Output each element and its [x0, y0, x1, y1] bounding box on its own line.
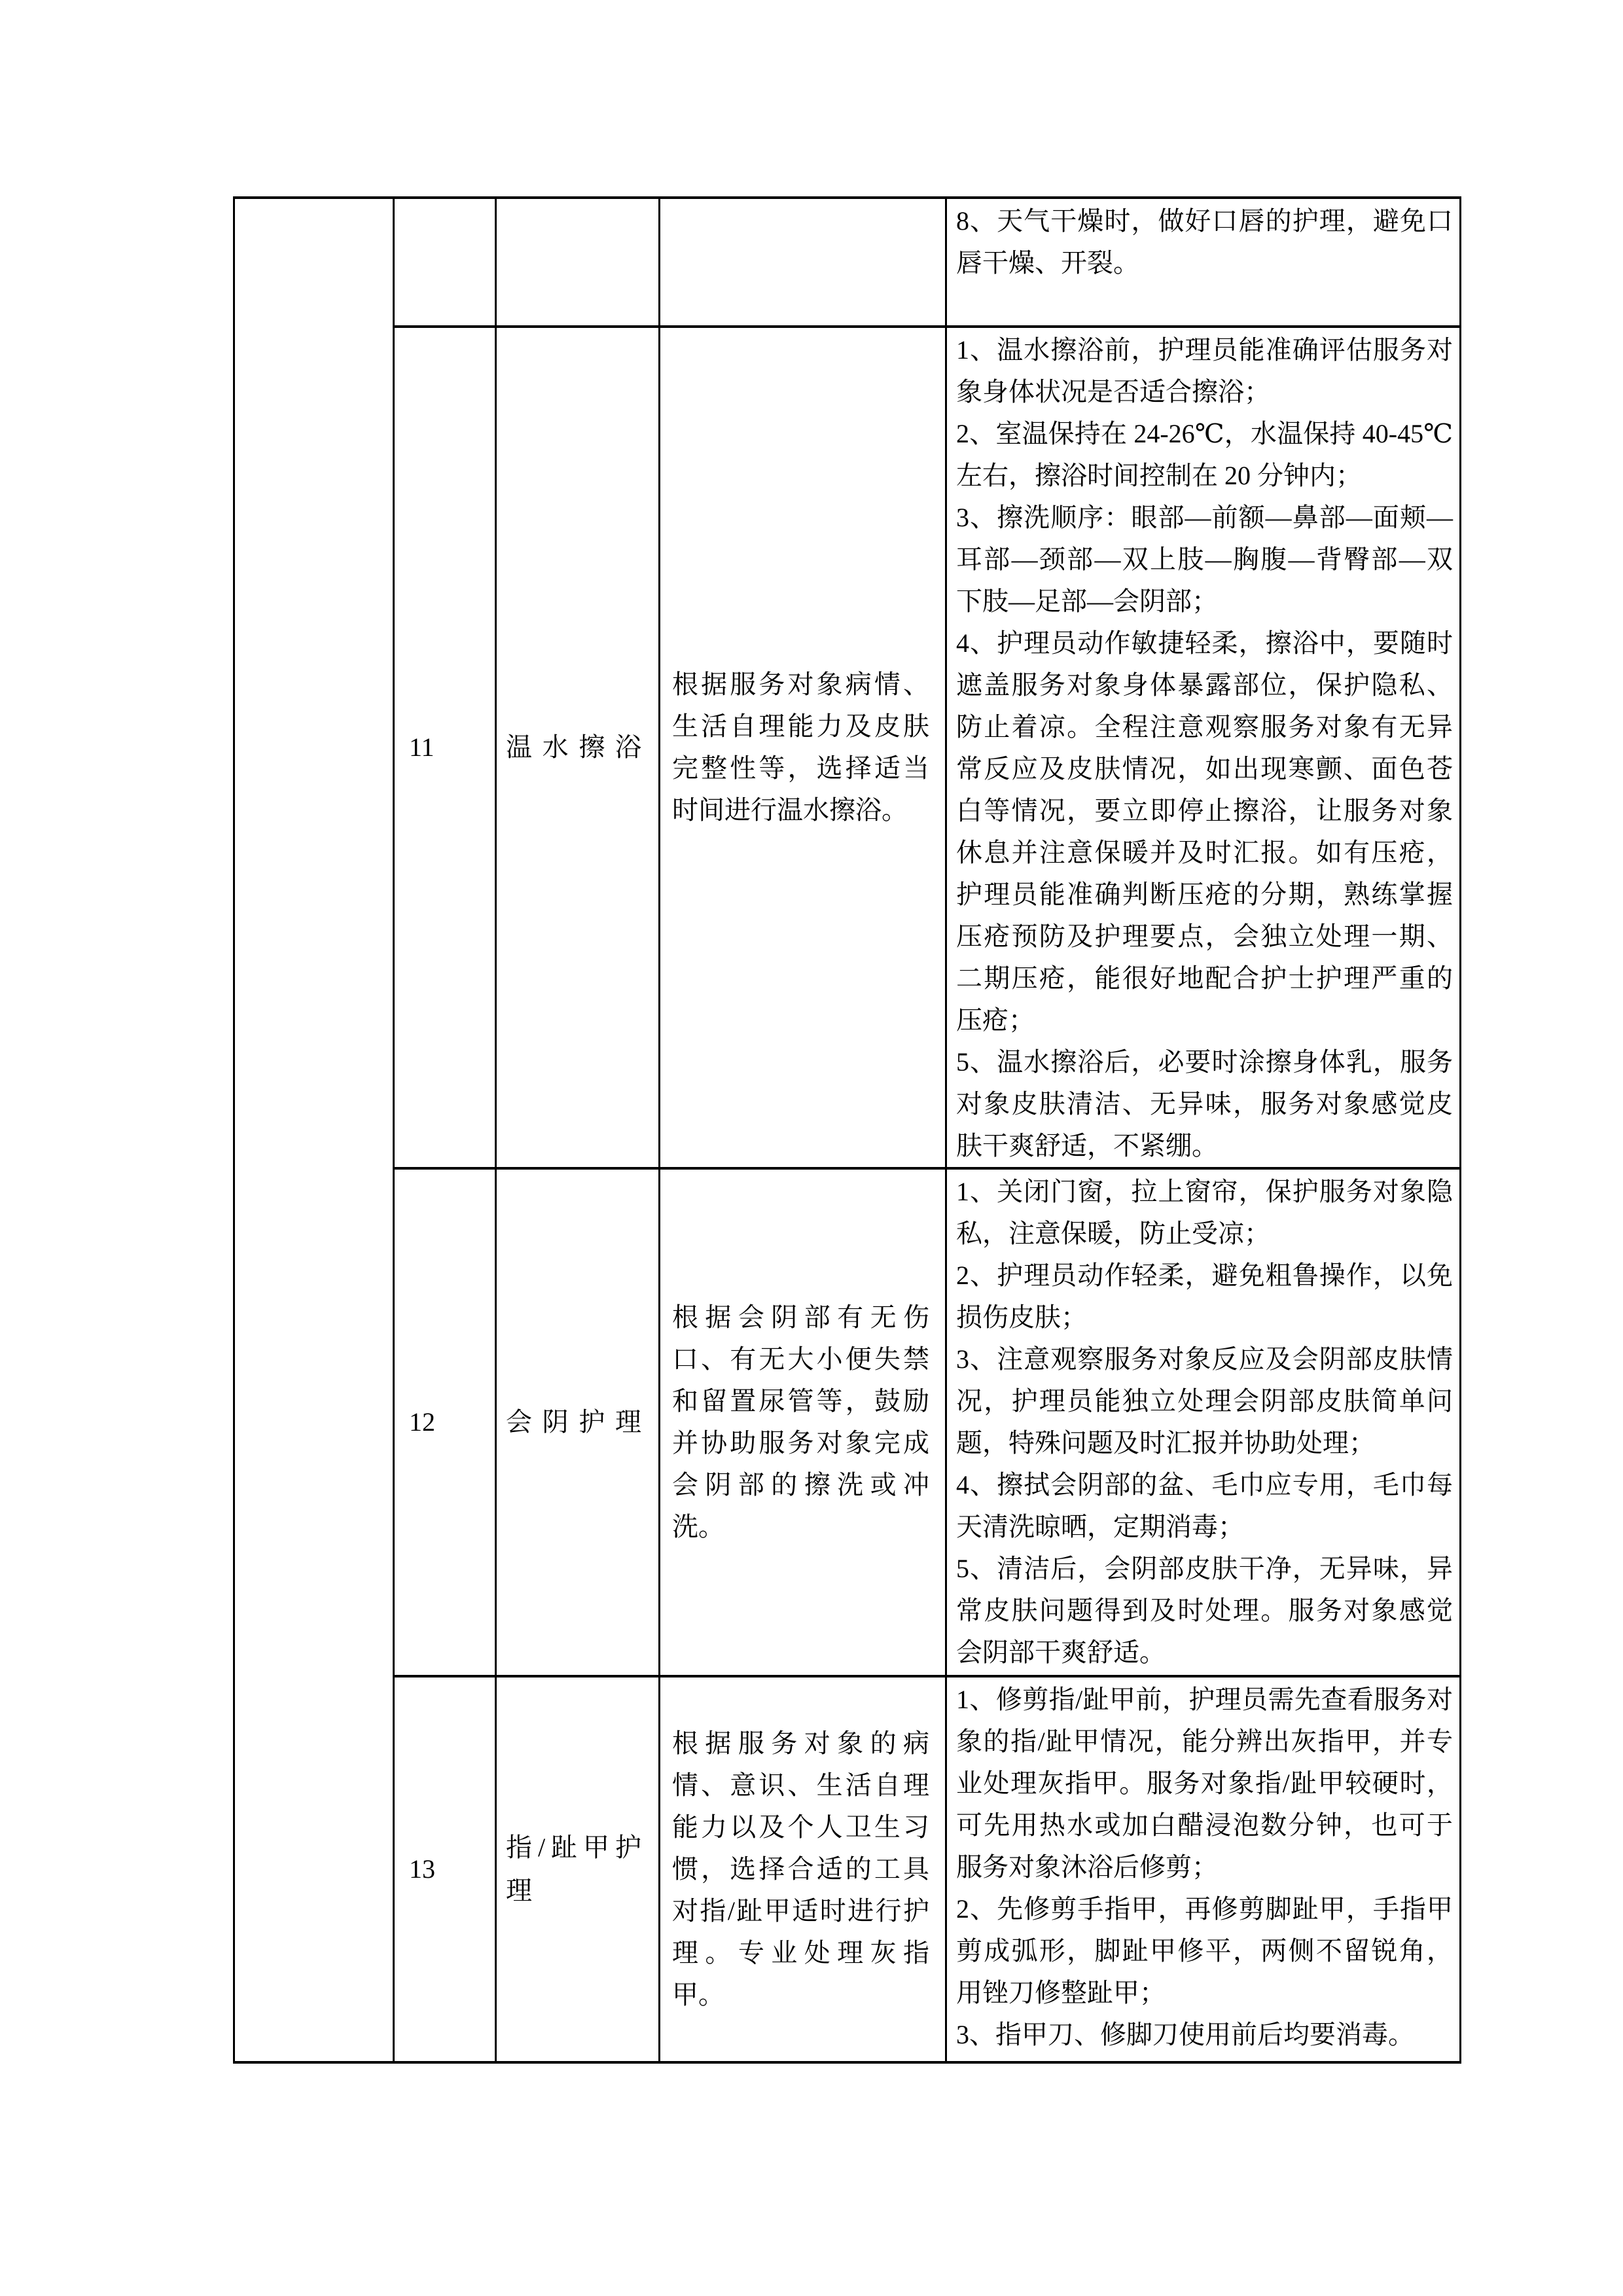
item-name-cell: 温水擦浴	[496, 327, 660, 1168]
standards-item: 8、天气干燥时，做好口唇的护理，避免口唇干燥、开裂。	[956, 200, 1453, 284]
table-row-12: 12 会阴护理 根据会阴部有无伤口、有无大小便失禁和留置尿管等，鼓励并协助服务对…	[234, 1168, 1461, 1676]
standards-item: 2、护理员动作轻柔，避免粗鲁操作，以免损伤皮肤；	[956, 1255, 1453, 1338]
table-row-carryover: 8、天气干燥时，做好口唇的护理，避免口唇干燥、开裂。	[234, 198, 1461, 327]
row-number-cell: 11	[394, 327, 496, 1168]
row-number-cell	[394, 198, 496, 327]
table-row-11: 11 温水擦浴 根据服务对象病情、生活自理能力及皮肤完整性等，选择适当时间进行温…	[234, 327, 1461, 1168]
category-cell-empty	[234, 198, 394, 2062]
method-cell: 根据服务对象的病情、意识、生活自理能力以及个人卫生习惯，选择合适的工具对指/趾甲…	[660, 1676, 946, 2062]
standards-item: 4、擦拭会阴部的盆、毛巾应专用，毛巾每天清洗晾晒，定期消毒；	[956, 1464, 1453, 1548]
standards-item: 1、温水擦浴前，护理员能准确评估服务对象身体状况是否适合擦浴；	[956, 329, 1453, 413]
row-number-cell: 12	[394, 1168, 496, 1676]
standards-item: 3、擦洗顺序：眼部—前额—鼻部—面颊—耳部—颈部—双上肢—胸腹—背臀部—双下肢—…	[956, 497, 1453, 622]
standards-item: 3、注意观察服务对象反应及会阴部皮肤情况，护理员能独立处理会阴部皮肤简单问题，特…	[956, 1338, 1453, 1464]
standards-item: 1、修剪指/趾甲前，护理员需先查看服务对象的指/趾甲情况，能分辨出灰指甲，并专业…	[956, 1679, 1453, 1888]
table-row-13: 13 指/趾甲护理 根据服务对象的病情、意识、生活自理能力以及个人卫生习惯，选择…	[234, 1676, 1461, 2062]
item-name-cell: 指/趾甲护理	[496, 1676, 660, 2062]
standards-cell: 8、天气干燥时，做好口唇的护理，避免口唇干燥、开裂。	[946, 198, 1461, 327]
standards-item: 2、室温保持在 24-26℃，水温保持 40-45℃左右，擦浴时间控制在 20 …	[956, 413, 1453, 497]
row-number-cell: 13	[394, 1676, 496, 2062]
standards-item: 5、温水擦浴后，必要时涂擦身体乳，服务对象皮肤清洁、无异味，服务对象感觉皮肤干爽…	[956, 1041, 1453, 1167]
standards-cell: 1、关闭门窗，拉上窗帘，保护服务对象隐私，注意保暖，防止受凉； 2、护理员动作轻…	[946, 1168, 1461, 1676]
method-cell: 根据会阴部有无伤口、有无大小便失禁和留置尿管等，鼓励并协助服务对象完成会阴部的擦…	[660, 1168, 946, 1676]
care-service-standards-table: 8、天气干燥时，做好口唇的护理，避免口唇干燥、开裂。 11 温水擦浴 根据服务对…	[233, 196, 1461, 2064]
standards-item: 4、护理员动作敏捷轻柔，擦浴中，要随时遮盖服务对象身体暴露部位，保护隐私、防止着…	[956, 622, 1453, 1041]
standards-cell: 1、修剪指/趾甲前，护理员需先查看服务对象的指/趾甲情况，能分辨出灰指甲，并专业…	[946, 1676, 1461, 2062]
method-cell	[660, 198, 946, 327]
standards-item: 3、指甲刀、修脚刀使用前后均要消毒。	[956, 2014, 1453, 2056]
item-name-cell: 会阴护理	[496, 1168, 660, 1676]
document-page: 8、天气干燥时，做好口唇的护理，避免口唇干燥、开裂。 11 温水擦浴 根据服务对…	[0, 0, 1623, 2296]
standards-item: 2、先修剪手指甲，再修剪脚趾甲，手指甲剪成弧形，脚趾甲修平，两侧不留锐角，用锉刀…	[956, 1888, 1453, 2014]
standards-item: 1、关闭门窗，拉上窗帘，保护服务对象隐私，注意保暖，防止受凉；	[956, 1171, 1453, 1255]
item-name-cell	[496, 198, 660, 327]
standards-cell: 1、温水擦浴前，护理员能准确评估服务对象身体状况是否适合擦浴； 2、室温保持在 …	[946, 327, 1461, 1168]
method-cell: 根据服务对象病情、生活自理能力及皮肤完整性等，选择适当时间进行温水擦浴。	[660, 327, 946, 1168]
standards-item: 5、清洁后，会阴部皮肤干净，无异味，异常皮肤问题得到及时处理。服务对象感觉会阴部…	[956, 1548, 1453, 1674]
